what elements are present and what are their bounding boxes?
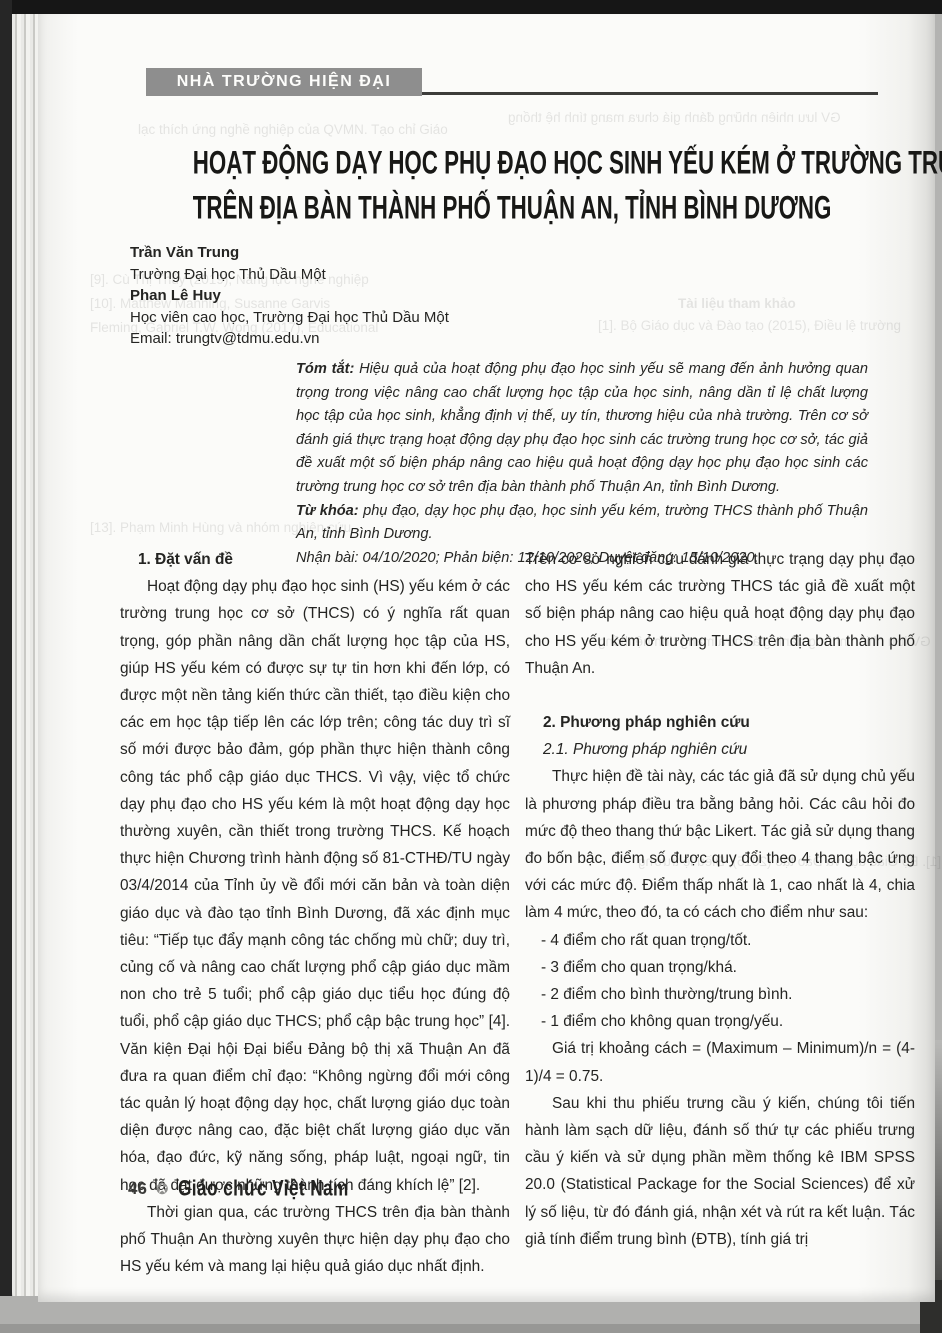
abstract-paragraph: Tóm tắt: Hiệu quả của hoạt động phụ đạo … <box>296 358 868 500</box>
book-spine-edge <box>0 0 12 1333</box>
section-1-paragraph: Thời gian qua, các trường THCS trên địa … <box>120 1199 510 1281</box>
page-footer: 46 ✪ Giáo chức Việt Nam <box>128 1177 386 1201</box>
header-rule-line <box>422 92 878 95</box>
abstract-text: Hiệu quả của hoạt động phụ đạo học sinh … <box>296 361 868 495</box>
author-affiliation: Học viên cao học, Trường Đại học Thủ Dầu… <box>130 307 560 329</box>
section-2-intro-paragraph: Trên cơ sở nghiên cứu đánh giá thực trạn… <box>525 546 915 682</box>
section-1-paragraph: Hoạt động dạy phụ đạo học sinh (HS) yếu … <box>120 573 510 1199</box>
author-block: Trần Văn Trung Trường Đại học Thủ Dầu Mộ… <box>130 242 560 350</box>
author-affiliation: Trường Đại học Thủ Dầu Một <box>130 264 560 286</box>
keywords-label: Từ khóa: <box>296 503 359 519</box>
section-2-1-paragraph: Thực hiện đề tài này, các tác giả đã sử … <box>525 763 915 926</box>
body-column-right: Trên cơ sở nghiên cứu đánh giá thực trạn… <box>525 546 915 1253</box>
bleedthrough-text: GV lưu nhiên những đánh giá chưa mang tí… <box>508 110 841 125</box>
likert-scale-item: - 2 điểm cho bình thường/trung bình. <box>525 981 915 1008</box>
abstract-block: Tóm tắt: Hiệu quả của hoạt động phụ đạo … <box>296 358 868 570</box>
bleedthrough-text: [1]. Bộ Giáo dục và Đào tạo (2015), Điều… <box>598 318 901 333</box>
section-2-1-paragraph: Sau khi thu phiếu trưng cầu ý kiến, chún… <box>525 1090 915 1253</box>
section-1-heading: 1. Đặt vấn đề <box>120 546 510 573</box>
bleedthrough-text: Tài liệu tham khảo <box>678 296 796 311</box>
bleedthrough-text: lạc thích ứng nghề nghiệp của QVMN. Tạo … <box>138 122 448 137</box>
author-name: Phan Lê Huy <box>130 285 560 307</box>
section-label: NHÀ TRƯỜNG HIỆN ĐẠI <box>177 73 392 91</box>
article-title: HOẠT ĐỘNG DẠY HỌC PHỤ ĐẠO HỌC SINH YẾU K… <box>78 140 898 230</box>
scan-top-band <box>0 0 942 14</box>
scan-bottom-strip <box>0 1324 942 1333</box>
author-name: Trần Văn Trung <box>130 242 560 264</box>
keywords-text: phụ đạo, dạy học phụ đạo, học sinh yếu k… <box>296 503 868 543</box>
page-number: 46 <box>128 1179 147 1199</box>
body-column-left: 1. Đặt vấn đề Hoạt động dạy phụ đạo học … <box>120 546 510 1280</box>
likert-scale-item: - 4 điểm cho rất quan trọng/tốt. <box>525 927 915 954</box>
article-title-line1: HOẠT ĐỘNG DẠY HỌC PHỤ ĐẠO HỌC SINH YẾU K… <box>193 139 783 186</box>
section-2-1-heading: 2.1. Phương pháp nghiên cứu <box>525 736 915 763</box>
keywords-paragraph: Từ khóa: phụ đạo, dạy học phụ đạo, học s… <box>296 500 868 547</box>
section-2-heading: 2. Phương pháp nghiên cứu <box>525 709 915 736</box>
interval-formula-paragraph: Giá trị khoảng cách = (Maximum – Minimum… <box>525 1035 915 1089</box>
article-title-line2: TRÊN ĐỊA BÀN THÀNH PHỐ THUẬN AN, TỈNH BÌ… <box>193 184 783 231</box>
journal-page: GV lưu nhiên những đánh giá chưa mang tí… <box>38 14 935 1302</box>
section-header-bar: NHÀ TRƯỜNG HIỆN ĐẠI <box>146 68 422 96</box>
likert-scale-item: - 1 điểm cho không quan trọng/yếu. <box>525 1008 915 1035</box>
stacked-pages-edge <box>12 14 40 1306</box>
star-icon: ✪ <box>156 1182 169 1197</box>
journal-name: Giáo chức Việt Nam <box>178 1176 349 1201</box>
abstract-label: Tóm tắt: <box>296 361 354 377</box>
author-email: Email: trungtv@tdmu.edu.vn <box>130 328 560 350</box>
likert-scale-item: - 3 điểm cho quan trọng/khá. <box>525 954 915 981</box>
